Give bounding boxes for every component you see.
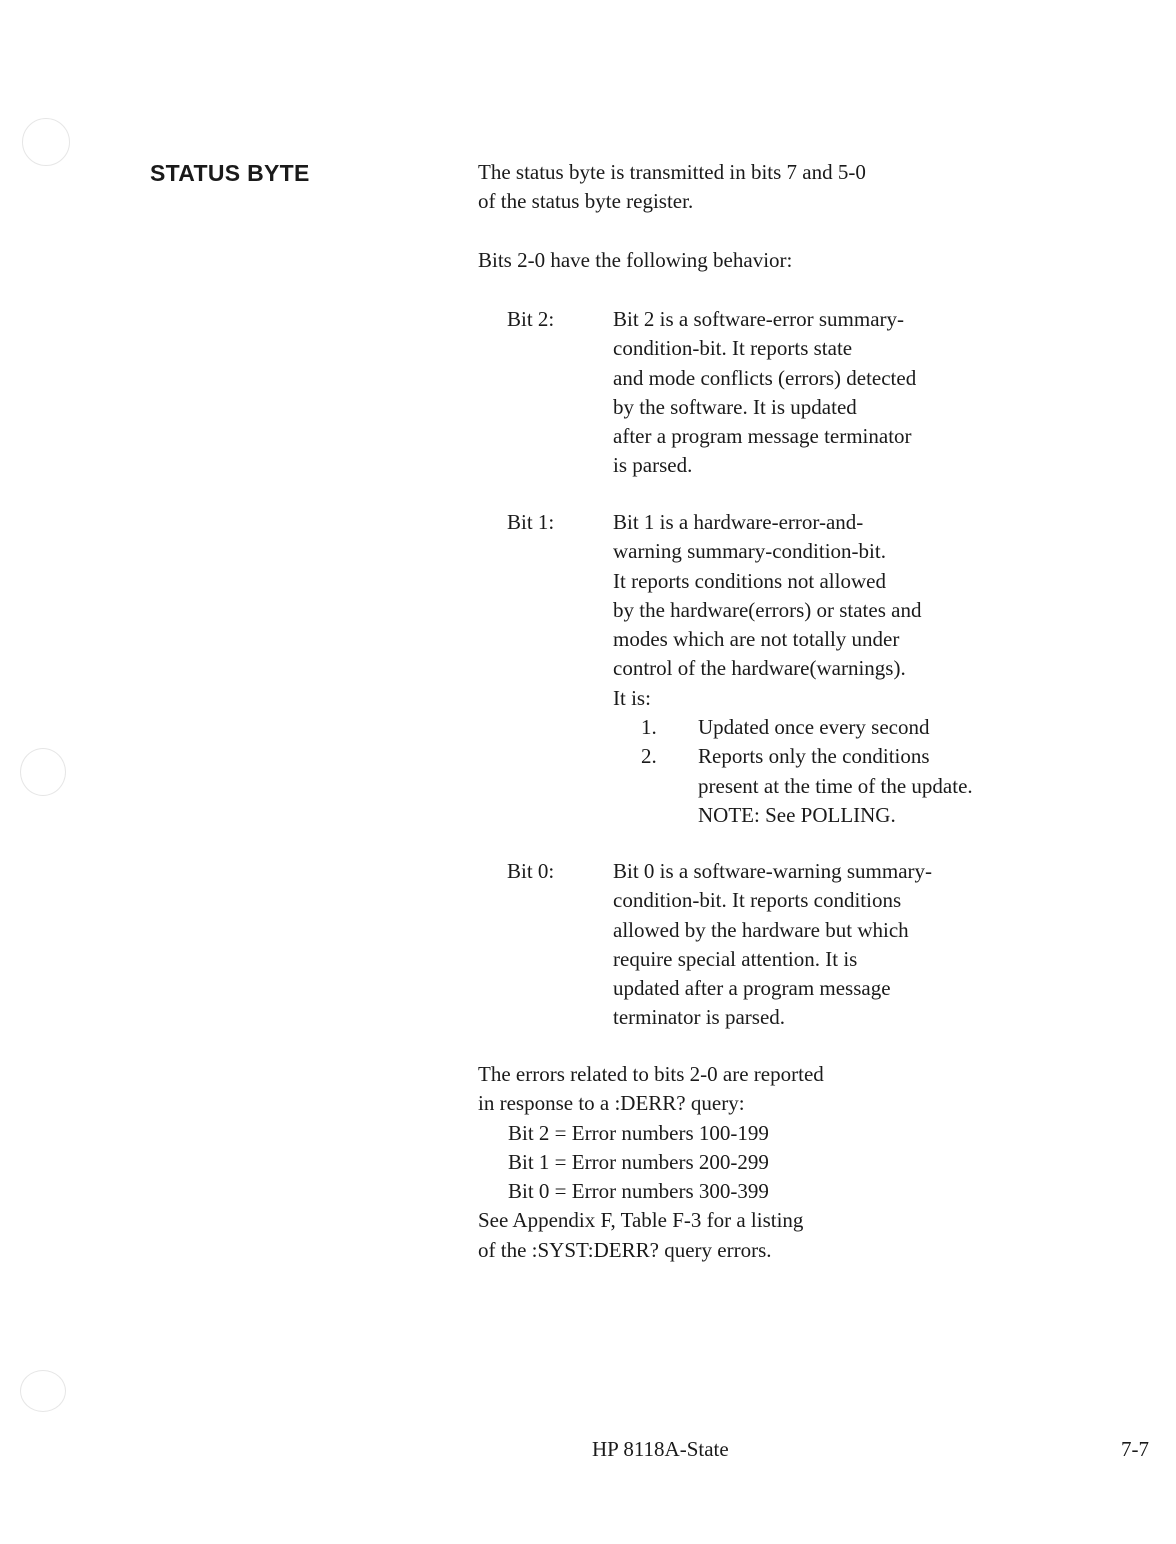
bit-1-label: Bit 1: [507,508,554,537]
bit-2-description: Bit 2 is a software-error summary- condi… [613,305,916,481]
punch-hole-mark [20,1370,66,1412]
bit-1-description: Bit 1 is a hardware-error-and- warning s… [613,508,973,830]
footer-manual-title: HP 8118A-State [592,1437,729,1462]
bit-0-label: Bit 0: [507,857,554,886]
punch-hole-mark [20,748,66,796]
error-mapping-line: Bit 2 = Error numbers 100-199 [478,1119,824,1148]
numbered-list-item: 2. Reports only the conditions present a… [613,742,973,830]
bits-heading: Bits 2-0 have the following behavior: [478,246,792,275]
numbered-list-item: 1. Updated once every second [613,713,973,742]
errors-paragraph: The errors related to bits 2-0 are repor… [478,1060,824,1265]
bit-0-description: Bit 0 is a software-warning summary- con… [613,857,932,1033]
appendix-reference: See Appendix F, Table F-3 for a listing [478,1206,824,1235]
section-title: STATUS BYTE [150,160,310,187]
error-mapping-line: Bit 1 = Error numbers 200-299 [478,1148,824,1177]
appendix-reference: of the :SYST:DERR? query errors. [478,1236,824,1265]
error-mapping-line: Bit 0 = Error numbers 300-399 [478,1177,824,1206]
text-line: The status byte is transmitted in bits 7… [478,158,866,187]
punch-hole-mark [22,118,70,166]
text-line: of the status byte register. [478,187,866,216]
bit-2-label: Bit 2: [507,305,554,334]
page-number: 7-7 [1121,1437,1149,1462]
intro-paragraph: The status byte is transmitted in bits 7… [478,158,866,217]
